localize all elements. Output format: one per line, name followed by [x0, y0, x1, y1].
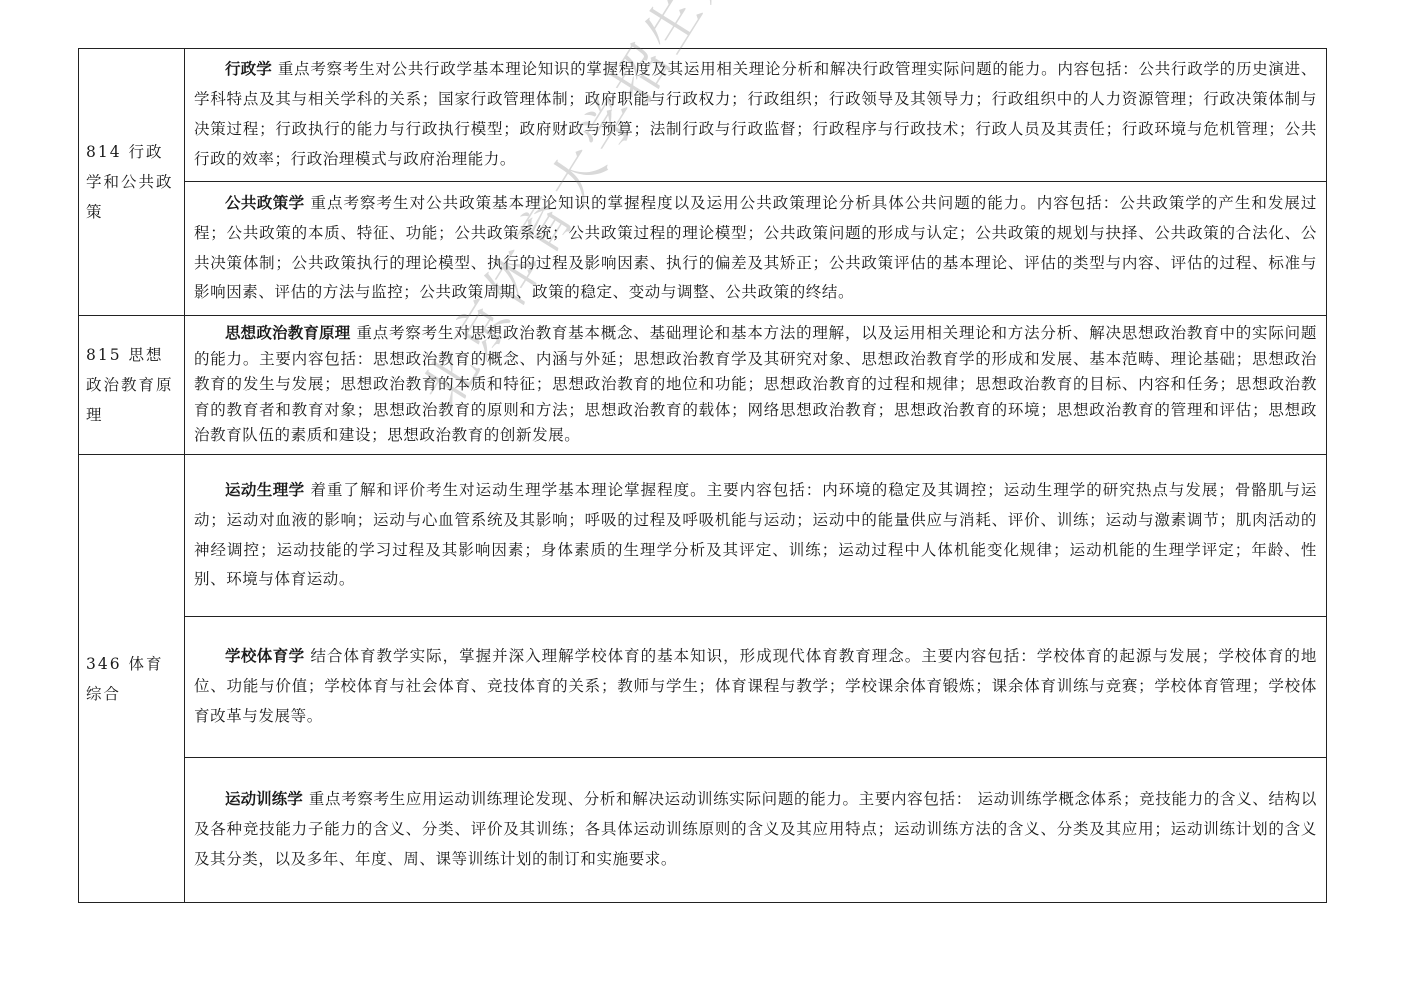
course-description: 运动训练学重点考察考生应用运动训练理论发现、分析和解决运动训练实际问题的能力。主…: [194, 785, 1317, 874]
syllabus-table: 814 行政学和公共政策 行政学重点考察考生对公共行政学基本理论知识的掌握程度及…: [78, 48, 1327, 903]
subject-cell-814: 814 行政学和公共政策: [79, 49, 185, 316]
course-cell-yundongxunlianxue: 运动训练学重点考察考生应用运动训练理论发现、分析和解决运动训练实际问题的能力。主…: [185, 758, 1327, 903]
course-description: 思想政治教育原理重点考察考生对思想政治教育基本概念、基础理论和基本方法的理解，以…: [194, 321, 1317, 449]
course-text: 着重了解和评价考生对运动生理学基本理论掌握程度。主要内容包括：内环境的稳定及其调…: [194, 481, 1317, 588]
course-cell-yundongshenglixue: 运动生理学着重了解和评价考生对运动生理学基本理论掌握程度。主要内容包括：内环境的…: [185, 455, 1327, 617]
course-cell-sixiangzhengzhi: 思想政治教育原理重点考察考生对思想政治教育基本概念、基础理论和基本方法的理解，以…: [185, 316, 1327, 455]
course-cell-xingzhengxue: 行政学重点考察考生对公共行政学基本理论知识的掌握程度及其运用相关理论分析和解决行…: [185, 49, 1327, 182]
course-name: 运动训练学: [225, 790, 303, 808]
table-row: 815 思想政治教育原理 思想政治教育原理重点考察考生对思想政治教育基本概念、基…: [79, 316, 1327, 455]
course-text: 重点考察考生对思想政治教育基本概念、基础理论和基本方法的理解，以及运用相关理论和…: [194, 324, 1317, 444]
course-name: 思想政治教育原理: [225, 324, 350, 342]
course-name: 运动生理学: [225, 481, 305, 499]
course-name: 学校体育学: [225, 647, 305, 665]
course-description: 运动生理学着重了解和评价考生对运动生理学基本理论掌握程度。主要内容包括：内环境的…: [194, 476, 1317, 595]
course-description: 公共政策学重点考察考生对公共政策基本理论知识的掌握程度以及运用公共政策理论分析具…: [194, 189, 1317, 308]
course-description: 学校体育学结合体育教学实际，掌握并深入理解学校体育的基本知识，形成现代体育教育理…: [194, 642, 1317, 731]
course-description: 行政学重点考察考生对公共行政学基本理论知识的掌握程度及其运用相关理论分析和解决行…: [194, 55, 1317, 174]
table-row: 346 体育综合 运动生理学着重了解和评价考生对运动生理学基本理论掌握程度。主要…: [79, 455, 1327, 617]
table-row: 814 行政学和公共政策 行政学重点考察考生对公共行政学基本理论知识的掌握程度及…: [79, 49, 1327, 182]
subject-cell-815: 815 思想政治教育原理: [79, 316, 185, 455]
course-text: 结合体育教学实际，掌握并深入理解学校体育的基本知识，形成现代体育教育理念。主要内…: [194, 647, 1317, 725]
course-text: 重点考察考生对公共政策基本理论知识的掌握程度以及运用公共政策理论分析具体公共问题…: [194, 194, 1317, 301]
course-text: 重点考察考生应用运动训练理论发现、分析和解决运动训练实际问题的能力。主要内容包括…: [194, 790, 1317, 868]
course-cell-xuexiaotiyuxue: 学校体育学结合体育教学实际，掌握并深入理解学校体育的基本知识，形成现代体育教育理…: [185, 617, 1327, 758]
document-page: 814 行政学和公共政策 行政学重点考察考生对公共行政学基本理论知识的掌握程度及…: [0, 0, 1403, 992]
subject-cell-346: 346 体育综合: [79, 455, 185, 903]
table-row: 运动训练学重点考察考生应用运动训练理论发现、分析和解决运动训练实际问题的能力。主…: [79, 758, 1327, 903]
course-cell-gonggongzhengcexue: 公共政策学重点考察考生对公共政策基本理论知识的掌握程度以及运用公共政策理论分析具…: [185, 182, 1327, 316]
course-name: 公共政策学: [225, 194, 305, 212]
course-text: 重点考察考生对公共行政学基本理论知识的掌握程度及其运用相关理论分析和解决行政管理…: [194, 60, 1317, 167]
course-name: 行政学: [225, 60, 272, 78]
table-row: 学校体育学结合体育教学实际，掌握并深入理解学校体育的基本知识，形成现代体育教育理…: [79, 617, 1327, 758]
table-row: 公共政策学重点考察考生对公共政策基本理论知识的掌握程度以及运用公共政策理论分析具…: [79, 182, 1327, 316]
